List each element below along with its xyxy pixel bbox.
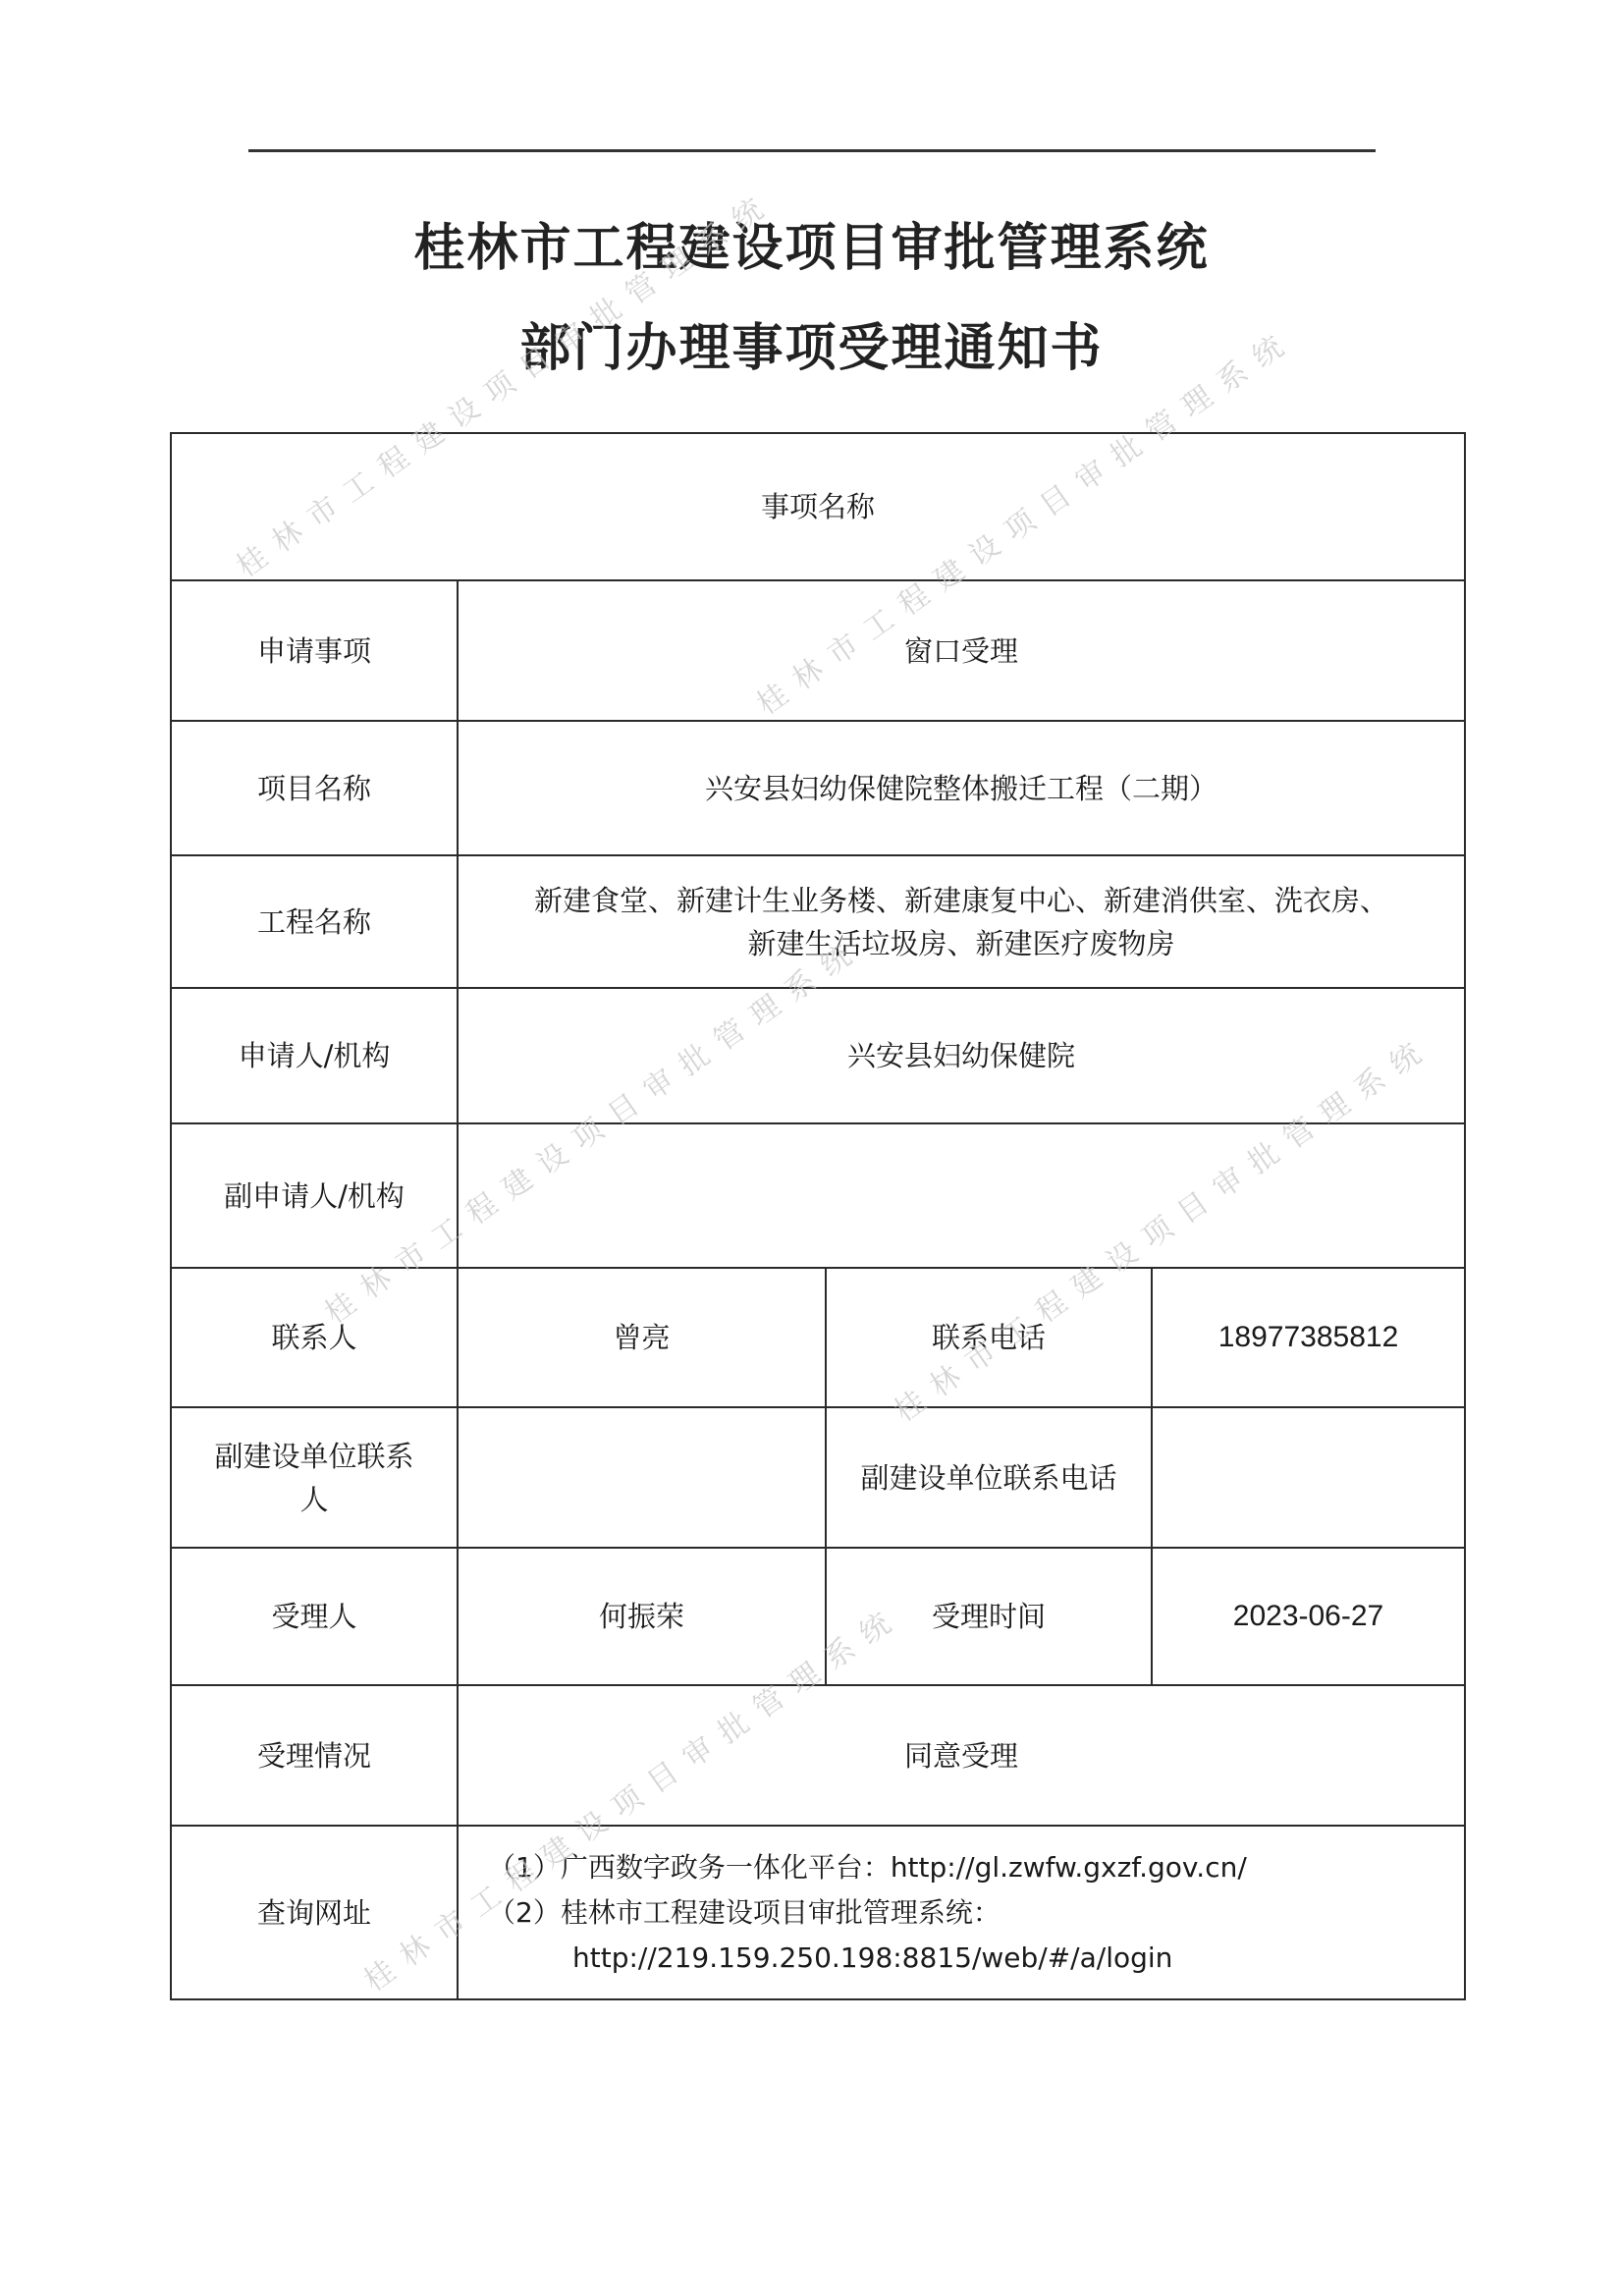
engineering-name-label: 工程名称: [171, 855, 458, 988]
co-applicant-label: 副申请人/机构: [171, 1123, 458, 1268]
status-label: 受理情况: [171, 1685, 458, 1826]
co-contact-label-line1: 副建设单位联系: [182, 1435, 447, 1478]
contact-phone-value: 18977385812: [1152, 1268, 1465, 1407]
document-title: 桂林市工程建设项目审批管理系统: [0, 206, 1623, 280]
table-row: 项目名称 兴安县妇幼保健院整体搬迁工程（二期）: [171, 721, 1465, 855]
table-row: 查询网址 （1）广西数字政务一体化平台：http://gl.zwfw.gxzf.…: [171, 1826, 1465, 1999]
table-row: 申请人/机构 兴安县妇幼保健院: [171, 988, 1465, 1123]
co-contact-phone-value: [1152, 1407, 1465, 1548]
engineering-name-value: 新建食堂、新建计生业务楼、新建康复中心、新建消供室、洗衣房、 新建生活垃圾房、新…: [458, 855, 1465, 988]
apply-item-value: 窗口受理: [458, 580, 1465, 721]
url-line-2: （2）桂林市工程建设项目审批管理系统：: [488, 1890, 1454, 1936]
co-contact-label-line2: 人: [182, 1478, 447, 1521]
table-row: 申请事项 窗口受理: [171, 580, 1465, 721]
co-contact-phone-label: 副建设单位联系电话: [826, 1407, 1152, 1548]
handler-label: 受理人: [171, 1548, 458, 1685]
contact-label: 联系人: [171, 1268, 458, 1407]
applicant-label: 申请人/机构: [171, 988, 458, 1123]
contact-phone-label: 联系电话: [826, 1268, 1152, 1407]
table-row: 受理情况 同意受理: [171, 1685, 1465, 1826]
handle-time-label: 受理时间: [826, 1548, 1152, 1685]
co-contact-label: 副建设单位联系 人: [171, 1407, 458, 1548]
project-name-label: 项目名称: [171, 721, 458, 855]
table-row: 事项名称: [171, 433, 1465, 580]
co-contact-value: [458, 1407, 826, 1548]
document-subtitle: 部门办理事项受理通知书: [0, 306, 1623, 380]
table-row: 副建设单位联系 人 副建设单位联系电话: [171, 1407, 1465, 1548]
contact-value: 曾亮: [458, 1268, 826, 1407]
handler-value: 何振荣: [458, 1548, 826, 1685]
engineering-name-line2: 新建生活垃圾房、新建医疗废物房: [468, 922, 1454, 965]
query-urls-value: （1）广西数字政务一体化平台：http://gl.zwfw.gxzf.gov.c…: [458, 1826, 1465, 1999]
applicant-value: 兴安县妇幼保健院: [458, 988, 1465, 1123]
query-urls-label: 查询网址: [171, 1826, 458, 1999]
top-rule: [248, 149, 1376, 152]
table-row: 联系人 曾亮 联系电话 18977385812: [171, 1268, 1465, 1407]
table-row: 工程名称 新建食堂、新建计生业务楼、新建康复中心、新建消供室、洗衣房、 新建生活…: [171, 855, 1465, 988]
notice-table: 事项名称 申请事项 窗口受理 项目名称 兴安县妇幼保健院整体搬迁工程（二期） 工…: [170, 432, 1466, 2000]
project-name-value: 兴安县妇幼保健院整体搬迁工程（二期）: [458, 721, 1465, 855]
url-line-1[interactable]: （1）广西数字政务一体化平台：http://gl.zwfw.gxzf.gov.c…: [488, 1845, 1454, 1890]
co-applicant-value: [458, 1123, 1465, 1268]
url-line-3[interactable]: http://219.159.250.198:8815/web/#/a/logi…: [488, 1936, 1454, 1981]
table-row: 受理人 何振荣 受理时间 2023-06-27: [171, 1548, 1465, 1685]
engineering-name-line1: 新建食堂、新建计生业务楼、新建康复中心、新建消供室、洗衣房、: [468, 879, 1454, 922]
table-row: 副申请人/机构: [171, 1123, 1465, 1268]
handle-time-value: 2023-06-27: [1152, 1548, 1465, 1685]
apply-item-label: 申请事项: [171, 580, 458, 721]
status-value: 同意受理: [458, 1685, 1465, 1826]
header-cell: 事项名称: [171, 433, 1465, 580]
